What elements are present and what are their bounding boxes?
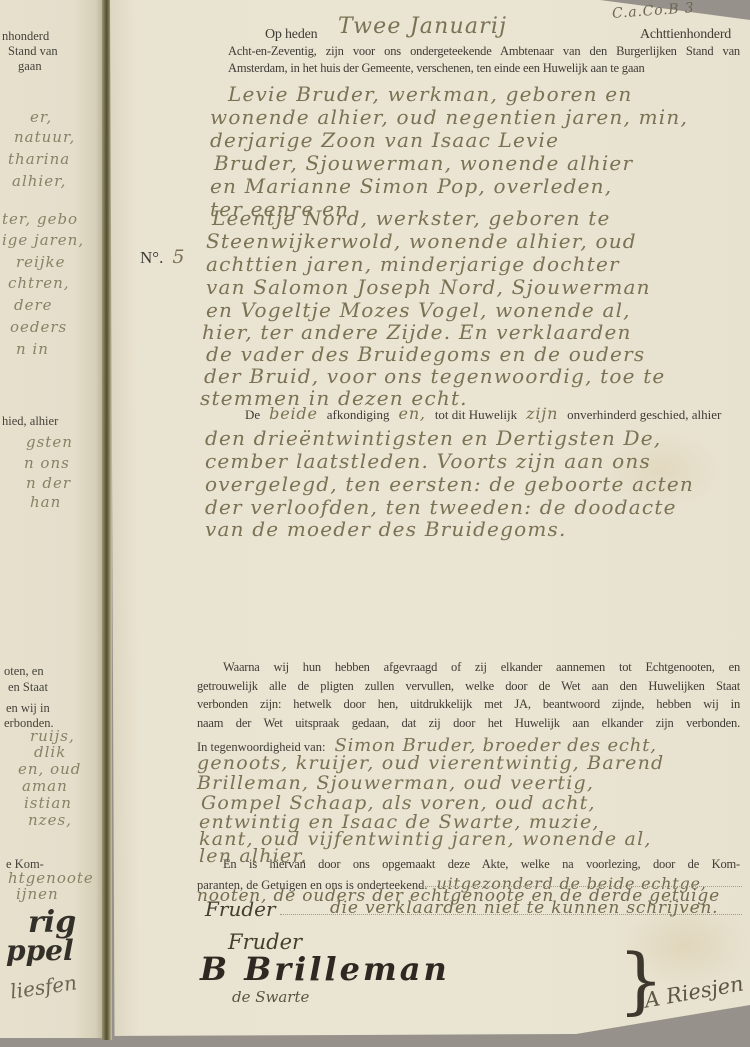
groom-line: Levie Bruder, werkman, geboren en — [228, 82, 632, 106]
banns-hw-line: cember laatstleden. Voorts zijn aan ons — [205, 449, 651, 473]
bride-line: de vader des Bruidegoms en de ouders — [206, 342, 645, 366]
closing-hw-line: die verklaarden niet te kunnen schrijven… — [330, 898, 718, 918]
scanned-marriage-record: nhonderd Stand van gaan er, natuur, thar… — [0, 0, 750, 1047]
signature-witness-brilleman: B Brilleman — [200, 950, 450, 988]
groom-line: en Marianne Simon Pop, overleden, — [210, 174, 612, 198]
act-number: N°. 5 — [140, 246, 190, 268]
bride-line: der Bruid, voor ons tegenwoordig, toe te — [204, 364, 665, 388]
banns-hw-line: van de moeder des Bruidegoms. — [205, 517, 567, 541]
banns-printed: afkondiging — [327, 407, 390, 422]
groom-line: derjarige Zoon van Isaac Levie — [210, 128, 559, 152]
banns-handwritten: beide — [269, 404, 318, 423]
banns-printed: De — [245, 407, 260, 422]
vows-line: Waarna wij hun hebben afgevraagd of zij … — [223, 661, 740, 674]
banns-hw-line: der verloofden, ten tweeden: de doodacte — [205, 495, 677, 519]
banns-printed: tot dit Huwelijk — [435, 407, 517, 422]
witness-line: Brilleman, Sjouwerman, oud veertig, — [197, 772, 594, 794]
signature-witness-de-swarte: de Swarte — [232, 988, 309, 1006]
bride-line: en Vogeltje Mozes Vogel, wonende al, — [206, 298, 631, 322]
bride-line: achttien jaren, minderjarige dochter — [206, 252, 620, 276]
bride-line: Leentje Nord, werkster, geboren te — [212, 206, 611, 230]
closing-line: En is hiervan door ons opgemaakt deze Ak… — [223, 858, 740, 871]
banns-handwritten: en, — [399, 404, 426, 423]
bride-line: van Salomon Joseph Nord, Sjouwerman — [206, 275, 651, 299]
banns-line: De beide afkondiging en, tot dit Huwelij… — [245, 404, 721, 424]
record-content: C.a.Co.B 3 Op heden Twee Januarij Achtti… — [0, 0, 750, 1047]
act-number-value: 5 — [172, 246, 185, 268]
banns-hw-line: den drieëntwintigsten en Dertigsten De, — [205, 426, 661, 450]
groom-line: wonende alhier, oud negentien jaren, min… — [210, 105, 688, 129]
vows-line: naam der Wet uitspraak gedaan, dat zij d… — [197, 717, 740, 730]
header-opening: Op heden — [265, 27, 317, 43]
act-number-label: N°. — [140, 248, 163, 267]
vows-line: verbonden zijn: hetwelk door hen, uitdru… — [197, 698, 740, 711]
header-line: Acht-en-Zeventig, zijn voor ons onderget… — [228, 45, 740, 58]
banns-handwritten: zijn — [526, 404, 558, 423]
bride-line: hier, ter andere Zijde. En verklaarden — [202, 320, 632, 344]
banns-hw-line: overgelegd, ten eersten: de geboorte act… — [205, 472, 694, 496]
signature-fruder-inline: Fruder — [205, 897, 276, 921]
bride-line: Steenwijkerwold, wonende alhier, oud — [206, 229, 637, 253]
witness-line: genoots, kruijer, oud vierentwintig, Bar… — [197, 752, 664, 774]
header-date-handwritten: Twee Januarij — [338, 14, 507, 39]
header-line: Amsterdam, in het huis der Gemeente, ver… — [228, 61, 645, 76]
groom-line: Bruder, Sjouwerman, wonende alhier — [214, 151, 633, 175]
archive-corner-code: C.a.Co.B 3 — [612, 0, 695, 22]
header-year: Achttienhonderd — [640, 27, 731, 43]
banns-printed: onverhinderd geschied, alhier — [567, 407, 721, 422]
vows-line: getrouwelijk alle de pligten zullen verv… — [197, 680, 740, 693]
